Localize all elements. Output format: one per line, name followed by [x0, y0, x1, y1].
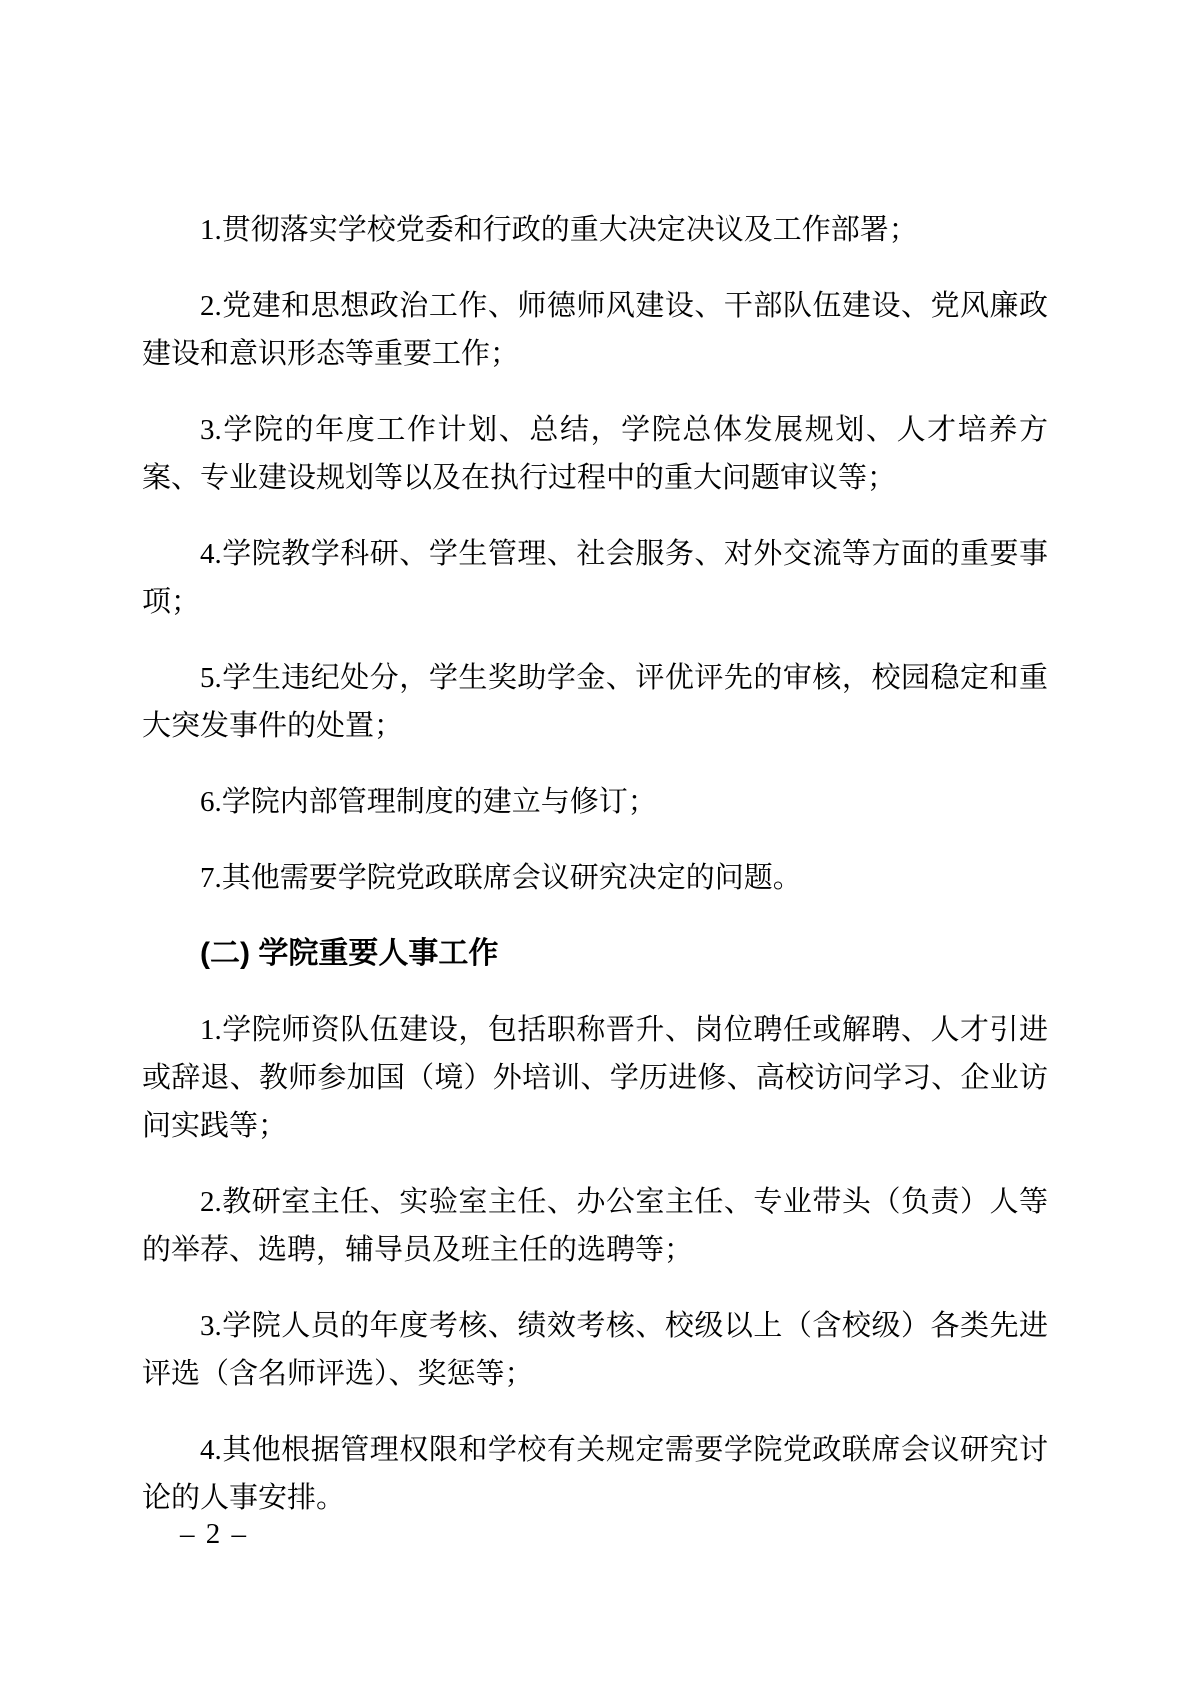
- body-paragraph: 2.党建和思想政治工作、师德师风建设、干部队伍建设、党风廉政建设和意识形态等重要…: [142, 282, 1048, 378]
- body-paragraph: 6.学院内部管理制度的建立与修订；: [142, 778, 1048, 826]
- body-paragraph: 5.学生违纪处分，学生奖助学金、评优评先的审核，校园稳定和重大突发事件的处置；: [142, 654, 1048, 750]
- body-paragraph: 4.学院教学科研、学生管理、社会服务、对外交流等方面的重要事项；: [142, 530, 1048, 626]
- body-paragraph: 3.学院人员的年度考核、绩效考核、校级以上（含校级）各类先进评选（含名师评选）、…: [142, 1302, 1048, 1398]
- body-paragraph: 1.贯彻落实学校党委和行政的重大决定决议及工作部署；: [142, 206, 1048, 254]
- body-paragraph: 7.其他需要学院党政联席会议研究决定的问题。: [142, 854, 1048, 902]
- section-heading: (二) 学院重要人事工作: [142, 930, 1048, 978]
- body-paragraph: 1.学院师资队伍建设，包括职称晋升、岗位聘任或解聘、人才引进或辞退、教师参加国（…: [142, 1006, 1048, 1150]
- body-paragraph: 3.学院的年度工作计划、总结，学院总体发展规划、人才培养方案、专业建设规划等以及…: [142, 406, 1048, 502]
- page-number: – 2 –: [180, 1510, 248, 1558]
- body-paragraph: 2.教研室主任、实验室主任、办公室主任、专业带头（负责）人等的举荐、选聘，辅导员…: [142, 1178, 1048, 1274]
- body-paragraph: 4.其他根据管理权限和学校有关规定需要学院党政联席会议研究讨论的人事安排。: [142, 1426, 1048, 1522]
- document-page: 1.贯彻落实学校党委和行政的重大决定决议及工作部署； 2.党建和思想政治工作、师…: [0, 0, 1191, 1684]
- document-body: 1.贯彻落实学校党委和行政的重大决定决议及工作部署； 2.党建和思想政治工作、师…: [142, 206, 1048, 1522]
